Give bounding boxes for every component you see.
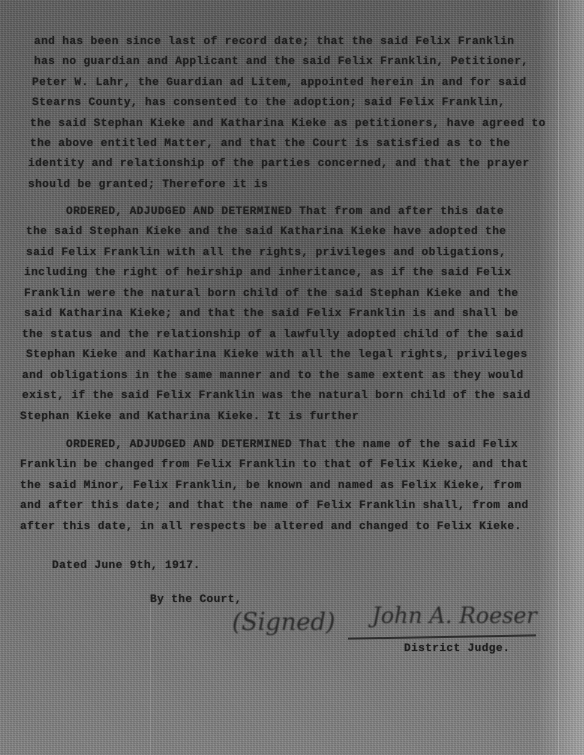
text-line: Peter W. Lahr, the Guardian ad Litem, ap…: [32, 77, 526, 89]
signature-underline: [348, 634, 536, 639]
text-line: Stephan Kieke and Katharina Kieke. It is…: [20, 411, 359, 423]
dated-line: Dated June 9th, 1917.: [52, 560, 200, 572]
text-line: the above entitled Matter, and that the …: [30, 138, 510, 150]
text-line: Stephan Kieke and Katharina Kieke with a…: [26, 349, 528, 361]
scanned-page: and has been since last of record date; …: [0, 0, 584, 755]
text-line: has no guardian and Applicant and the sa…: [34, 56, 528, 68]
scan-artifact-line: [558, 0, 559, 755]
text-line: said Felix Franklin with all the rights,…: [26, 247, 506, 259]
text-line: ORDERED, ADJUDGED AND DETERMINED That th…: [66, 439, 518, 451]
judge-signature: John A. Roeser: [372, 604, 537, 629]
text-line: should be granted; Therefore it is: [28, 179, 268, 191]
text-line: identity and relationship of the parties…: [28, 158, 530, 170]
signed-note: (Signed): [232, 608, 335, 636]
text-line: after this date, in all respects be alte…: [20, 521, 522, 533]
text-line: ORDERED, ADJUDGED AND DETERMINED That fr…: [66, 206, 504, 218]
text-line: the said Stephan Kieke and Katharina Kie…: [30, 118, 546, 130]
text-line: the status and the relationship of a law…: [22, 329, 524, 341]
by-the-court: By the Court,: [150, 594, 242, 606]
text-line: exist, if the said Felix Franklin was th…: [22, 390, 531, 402]
text-line: the said Stephan Kieke and the said Kath…: [26, 226, 506, 238]
text-line: including the right of heirship and inhe…: [24, 267, 511, 279]
text-line: Franklin were the natural born child of …: [24, 288, 518, 300]
scan-artifact-line: [150, 600, 151, 755]
text-line: Stearns County, has consented to the ado…: [32, 97, 505, 109]
text-line: Franklin be changed from Felix Franklin …: [20, 459, 529, 471]
text-line: and after this date; and that the name o…: [20, 500, 529, 512]
signature-title: District Judge.: [404, 643, 510, 655]
text-line: said Katharina Kieke; and that the said …: [24, 308, 518, 320]
text-line: and obligations in the same manner and t…: [22, 370, 524, 382]
text-line: and has been since last of record date; …: [34, 36, 514, 48]
text-line: the said Minor, Felix Franklin, be known…: [20, 480, 522, 492]
